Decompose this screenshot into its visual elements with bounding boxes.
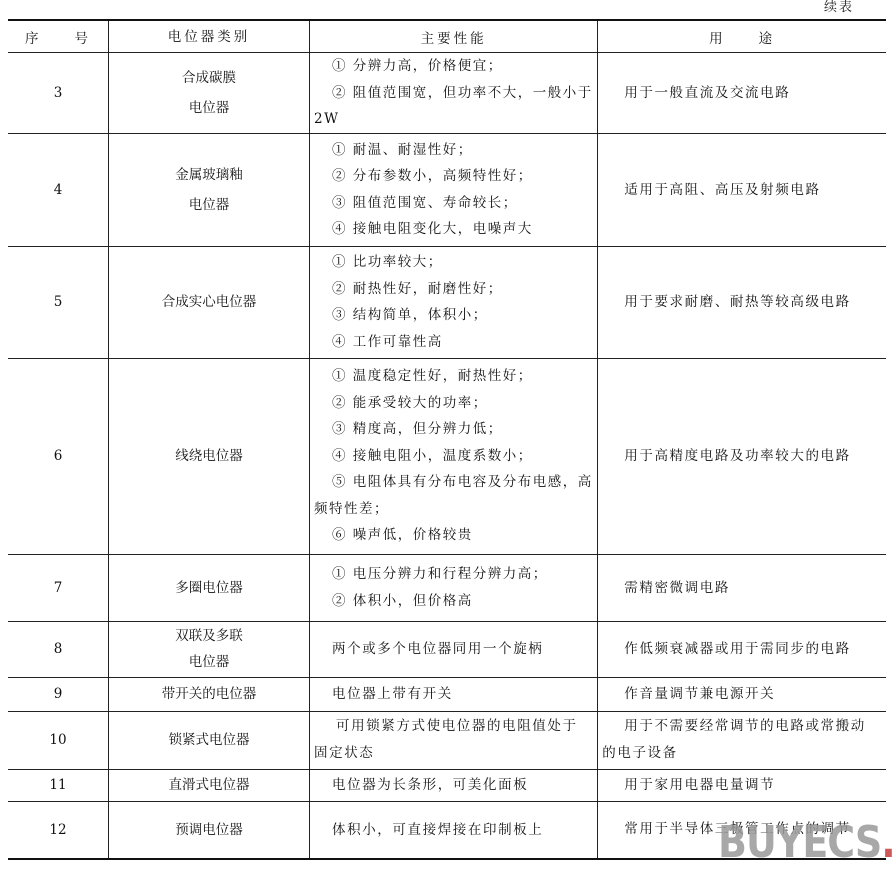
performance-line: ② 阻值范围宽，但功率不大，一般小于: [310, 80, 597, 107]
type-line: 电位器: [109, 93, 309, 123]
performance-text: 体积小，可直接焊接在印制板上: [310, 815, 597, 845]
potentiometer-table: 序 号 电位器类别 主要性能 用 途 3 合成碳膜 电位器 ① 分辨力高，价格便…: [8, 19, 886, 860]
row-usage: 用于要求耐磨、耐热等较高级电路: [598, 246, 886, 358]
table-row: 9 带开关的电位器 电位器上带有开关 作音量调节兼电源开关: [8, 677, 886, 711]
row-performance: ① 比功率较大； ② 耐热性好，耐磨性好； ③ 结构简单，体积小； ④ 工作可靠…: [310, 246, 598, 358]
usage-text: 用于一般直流及交流电路: [598, 78, 886, 108]
watermark-logo: BUYECS.COM: [718, 817, 896, 868]
table-row: 6 线绕电位器 ① 温度稳定性好，耐热性好； ② 能承受较大的功率； ③ 精度高…: [8, 358, 886, 554]
table-row: 8 双联及多联 电位器 两个或多个电位器同用一个旋柄 作低频衰减器或用于需同步的…: [8, 621, 886, 677]
row-performance: 两个或多个电位器同用一个旋柄: [310, 621, 598, 677]
row-no: 11: [8, 769, 109, 801]
row-no: 12: [8, 801, 109, 859]
row-usage: 用于一般直流及交流电路: [598, 53, 886, 134]
row-usage: 用于高精度电路及功率较大的电路: [598, 358, 886, 554]
performance-text: 可用锁紧方式使电位器的电阻值处于固定状态: [310, 713, 597, 767]
performance-line: ② 体积小，但价格高: [310, 588, 597, 615]
row-no: 9: [8, 677, 109, 711]
row-usage: 适用于高阻、高压及射频电路: [598, 133, 886, 246]
table-row: 7 多圈电位器 ① 电压分辨力和行程分辨力高； ② 体积小，但价格高 需精密微调…: [8, 554, 886, 621]
row-performance: ① 耐温、耐湿性好； ② 分布参数小，高频特性好； ③ 阻值范围宽、寿命较长； …: [310, 133, 598, 246]
performance-text: 两个或多个电位器同用一个旋柄: [310, 634, 597, 664]
header-no: 序 号: [8, 20, 109, 53]
usage-text: 用于不需要经常调节的电路或常搬动的电子设备: [598, 713, 886, 767]
usage-text: 用于家用电器电量调节: [598, 770, 886, 800]
performance-line: ④ 工作可靠性高: [310, 329, 597, 356]
row-type: 合成实心电位器: [109, 246, 310, 358]
performance-line: ③ 阻值范围宽、寿命较长；: [310, 190, 597, 217]
header-type: 电位器类别: [109, 20, 310, 53]
row-no: 7: [8, 554, 109, 621]
table-row: 5 合成实心电位器 ① 比功率较大； ② 耐热性好，耐磨性好； ③ 结构简单，体…: [8, 246, 886, 358]
table-row: 3 合成碳膜 电位器 ① 分辨力高，价格便宜； ② 阻值范围宽，但功率不大，一般…: [8, 53, 886, 134]
performance-text: 电位器上带有开关: [310, 679, 597, 709]
usage-text: 用于要求耐磨、耐热等较高级电路: [598, 287, 886, 317]
performance-line: ② 耐热性好，耐磨性好；: [310, 276, 597, 303]
usage-text: 需精密微调电路: [598, 573, 886, 603]
row-performance: ① 电压分辨力和行程分辨力高； ② 体积小，但价格高: [310, 554, 598, 621]
type-line: 合成碳膜: [109, 63, 309, 93]
performance-line: ① 电压分辨力和行程分辨力高；: [310, 561, 597, 588]
performance-line: ③ 结构简单，体积小；: [310, 302, 597, 329]
header-usage: 用 途: [598, 20, 886, 53]
row-performance: ① 温度稳定性好，耐热性好； ② 能承受较大的功率； ③ 精度高，但分辨力低； …: [310, 358, 598, 554]
type-line: 电位器: [109, 649, 309, 675]
performance-line: ④ 接触电阻小，温度系数小；: [310, 443, 597, 470]
header-performance: 主要性能: [310, 20, 598, 53]
usage-text: 适用于高阻、高压及射频电路: [598, 175, 886, 205]
performance-line: ③ 精度高，但分辨力低；: [310, 416, 597, 443]
row-no: 3: [8, 53, 109, 134]
performance-line: ① 比功率较大；: [310, 249, 597, 276]
row-no: 10: [8, 711, 109, 769]
row-usage: 需精密微调电路: [598, 554, 886, 621]
row-type: 金属玻璃釉 电位器: [109, 133, 310, 246]
performance-line: ⑥ 噪声低，价格较贵: [310, 522, 597, 549]
watermark-left: BUYECS: [718, 817, 881, 868]
row-type: 预调电位器: [109, 801, 310, 859]
type-line: 多圈电位器: [109, 573, 309, 603]
row-type: 锁紧式电位器: [109, 711, 310, 769]
table-row: 11 直滑式电位器 电位器为长条形，可美化面板 用于家用电器电量调节: [8, 769, 886, 801]
type-line: 双联及多联: [109, 623, 309, 649]
row-usage: 作音量调节兼电源开关: [598, 677, 886, 711]
row-usage: 作低频衰减器或用于需同步的电路: [598, 621, 886, 677]
type-line: 带开关的电位器: [109, 679, 309, 709]
type-line: 线绕电位器: [109, 441, 309, 471]
row-no: 5: [8, 246, 109, 358]
row-no: 8: [8, 621, 109, 677]
row-performance: 可用锁紧方式使电位器的电阻值处于固定状态: [310, 711, 598, 769]
row-usage: 用于家用电器电量调节: [598, 769, 886, 801]
row-performance: 体积小，可直接焊接在印制板上: [310, 801, 598, 859]
row-type: 带开关的电位器: [109, 677, 310, 711]
row-no: 6: [8, 358, 109, 554]
row-type: 直滑式电位器: [109, 769, 310, 801]
performance-line: ① 分辨力高，价格便宜；: [310, 53, 597, 80]
performance-line: ④ 接触电阻变化大，电噪声大: [310, 216, 597, 243]
type-line: 直滑式电位器: [109, 770, 309, 800]
table-header-row: 序 号 电位器类别 主要性能 用 途: [8, 20, 886, 53]
performance-line: ② 分布参数小，高频特性好；: [310, 163, 597, 190]
row-usage: 用于不需要经常调节的电路或常搬动的电子设备: [598, 711, 886, 769]
performance-line: ⑤ 电阻体具有分布电容及分布电感，高: [310, 469, 597, 496]
performance-line: ① 耐温、耐湿性好；: [310, 137, 597, 164]
row-type: 多圈电位器: [109, 554, 310, 621]
row-performance: 电位器为长条形，可美化面板: [310, 769, 598, 801]
performance-line: ① 温度稳定性好，耐热性好；: [310, 363, 597, 390]
table-row: 4 金属玻璃釉 电位器 ① 耐温、耐湿性好； ② 分布参数小，高频特性好； ③ …: [8, 133, 886, 246]
performance-line: ② 能承受较大的功率；: [310, 390, 597, 417]
usage-text: 作低频衰减器或用于需同步的电路: [598, 636, 886, 662]
type-line: 合成实心电位器: [109, 287, 309, 317]
performance-line: 频特性差；: [310, 496, 597, 523]
usage-text: 作音量调节兼电源开关: [598, 679, 886, 709]
row-no: 4: [8, 133, 109, 246]
type-line: 电位器: [109, 190, 309, 220]
performance-text: 电位器为长条形，可美化面板: [310, 770, 597, 800]
performance-line: 2W: [310, 106, 597, 133]
row-type: 双联及多联 电位器: [109, 621, 310, 677]
row-performance: ① 分辨力高，价格便宜； ② 阻值范围宽，但功率不大，一般小于 2W: [310, 53, 598, 134]
row-type: 线绕电位器: [109, 358, 310, 554]
type-line: 金属玻璃釉: [109, 160, 309, 190]
row-type: 合成碳膜 电位器: [109, 53, 310, 134]
type-line: 锁紧式电位器: [109, 725, 309, 755]
row-performance: 电位器上带有开关: [310, 677, 598, 711]
type-line: 预调电位器: [109, 815, 309, 845]
watermark-dot: .: [881, 817, 894, 868]
table-row: 10 锁紧式电位器 可用锁紧方式使电位器的电阻值处于固定状态 用于不需要经常调节…: [8, 711, 886, 769]
table-caption: 续表: [824, 0, 854, 15]
usage-text: 用于高精度电路及功率较大的电路: [598, 441, 886, 471]
